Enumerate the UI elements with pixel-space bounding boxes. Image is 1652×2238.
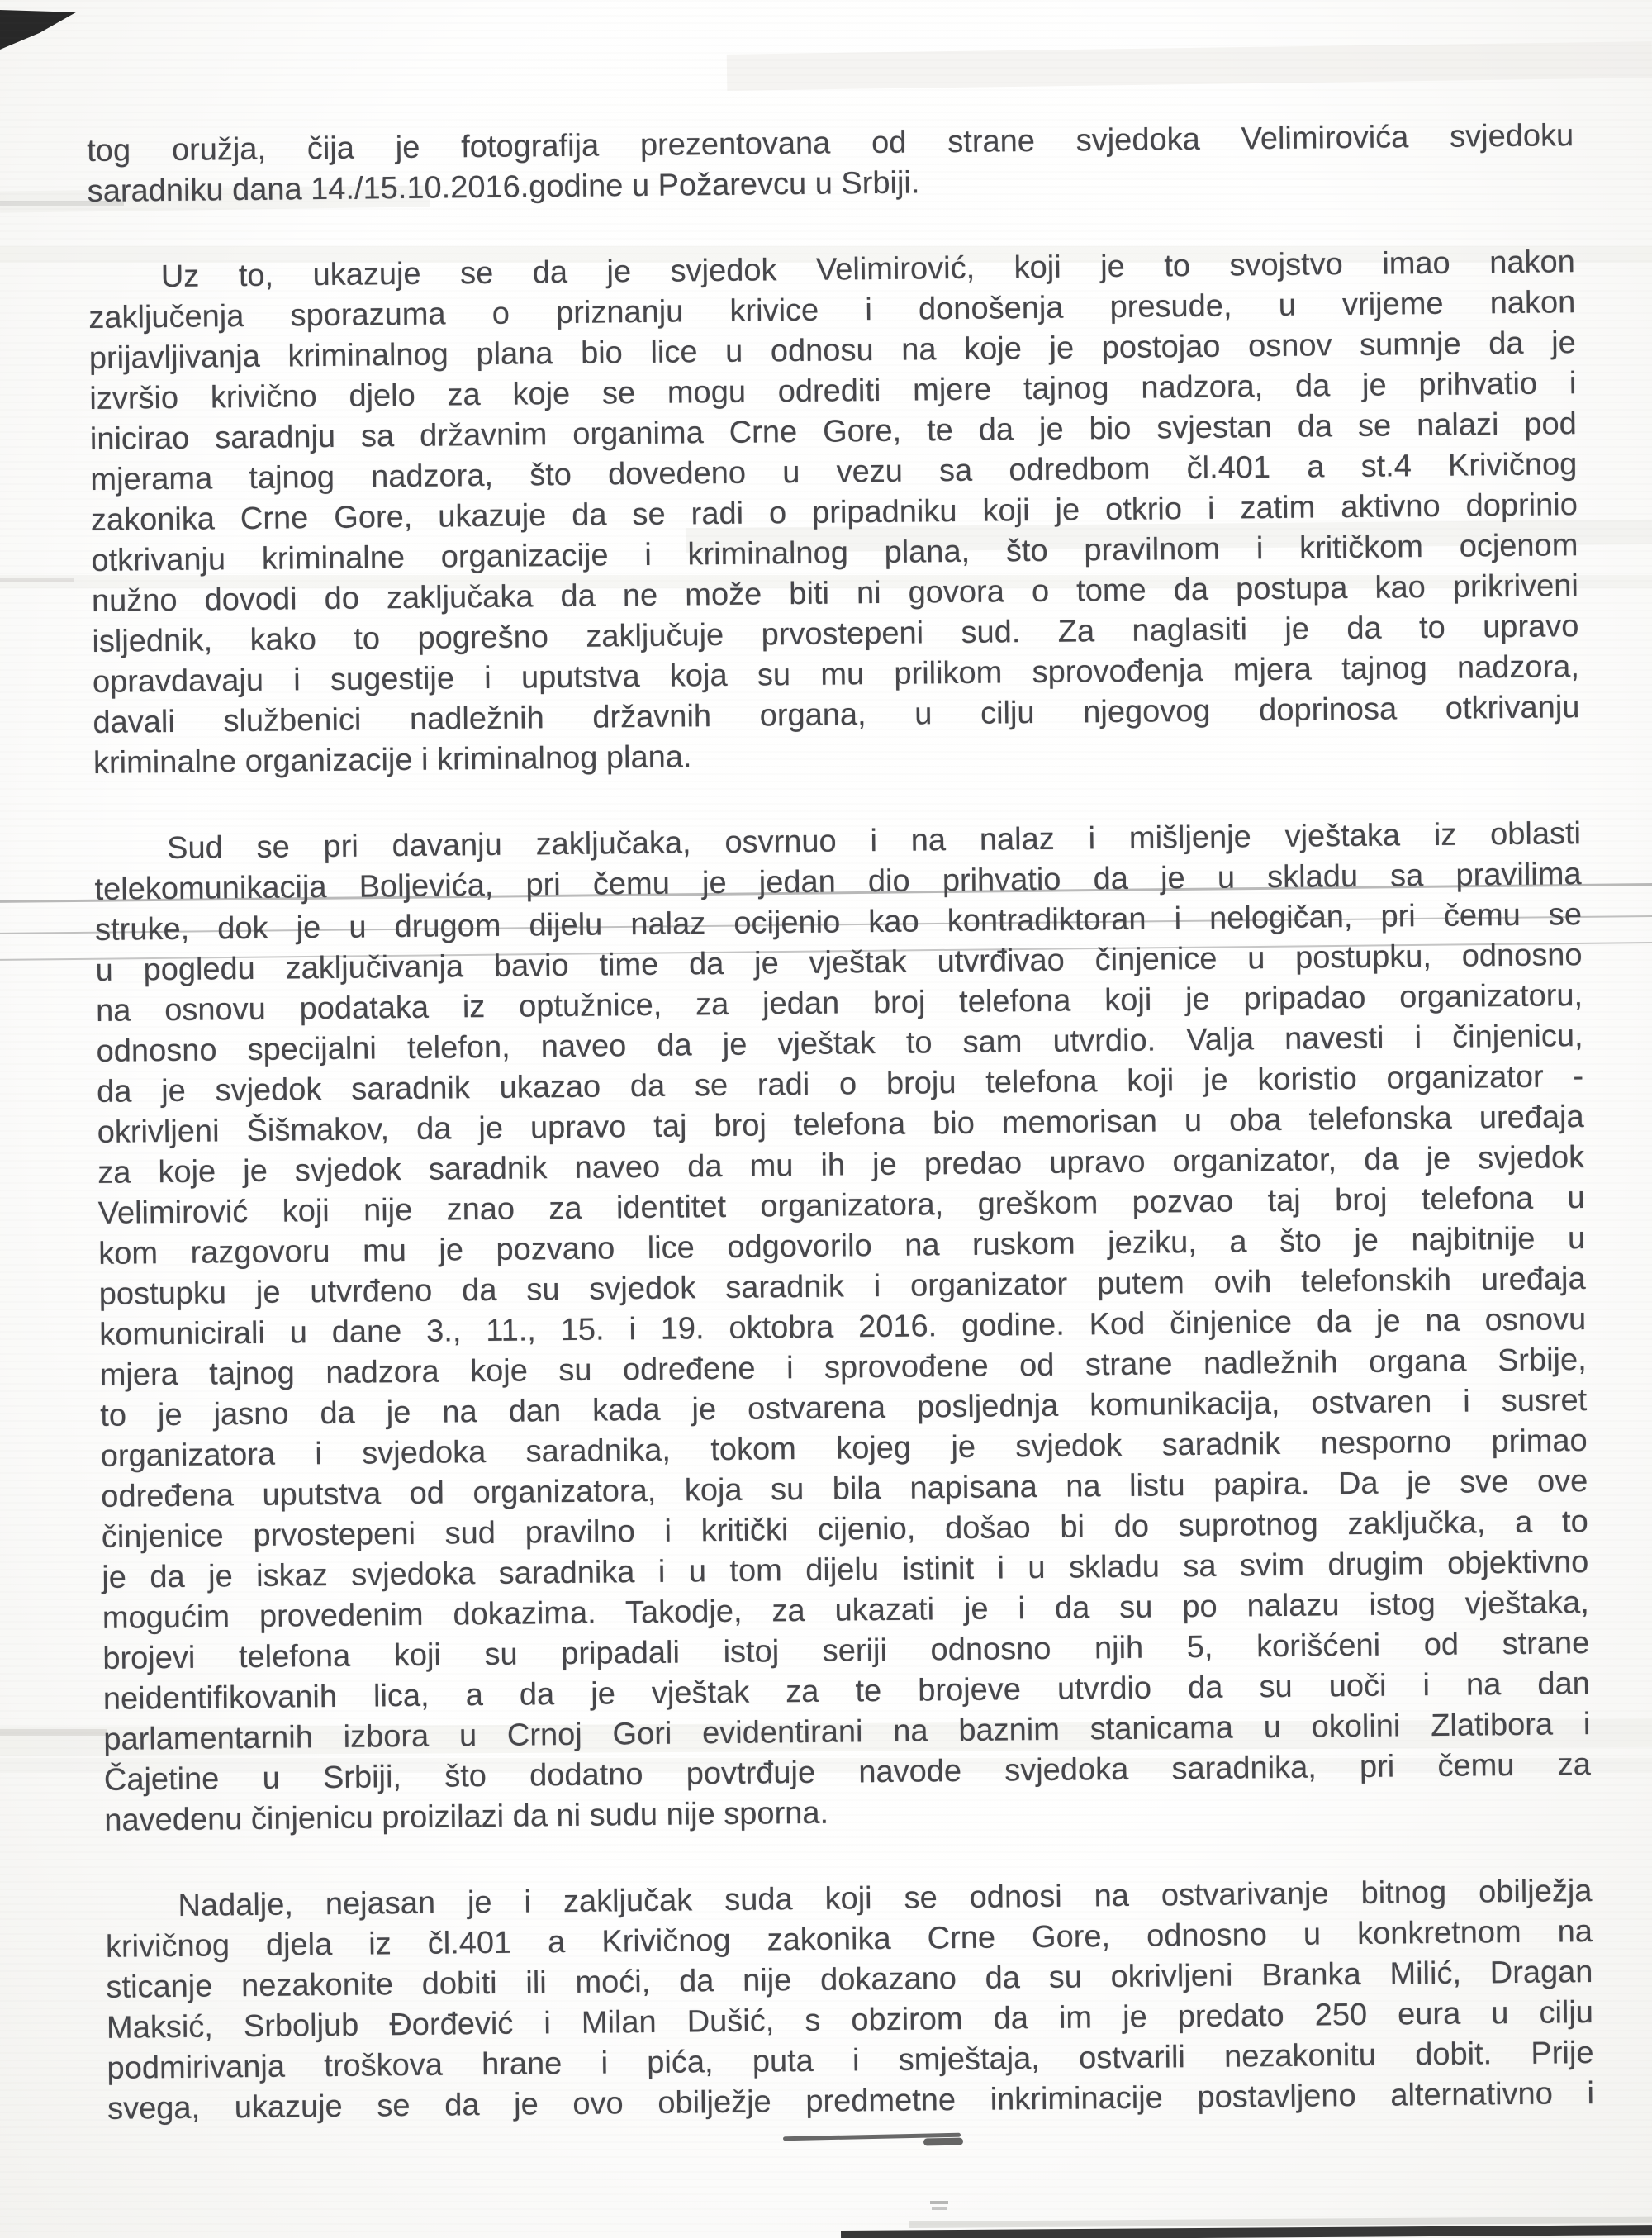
paragraph: Nadalje, nejasan je i zaključak suda koj… — [105, 1871, 1594, 2130]
page-edge-shadow — [909, 2217, 1652, 2228]
paragraph: tog oružja, čija je fotografija prezento… — [87, 116, 1574, 212]
scan-corner-mark — [0, 10, 76, 50]
scan-streak — [727, 41, 1652, 91]
paragraph: Uz to, ukazuje se da je svjedok Velimiro… — [88, 242, 1581, 784]
document-text: tog oružja, čija je fotografija prezento… — [87, 116, 1595, 2175]
scan-speck — [930, 2201, 948, 2204]
scanned-document-page: tog oružja, čija je fotografija prezento… — [0, 0, 1652, 2238]
scan-edge-mark — [0, 1729, 107, 1736]
scan-edge-mark — [0, 578, 74, 582]
paragraph: Sud se pri davanju zaključaka, osvrnuo i… — [94, 814, 1592, 1841]
page-edge-shadow — [841, 2225, 1652, 2238]
scan-speck — [932, 2207, 947, 2210]
